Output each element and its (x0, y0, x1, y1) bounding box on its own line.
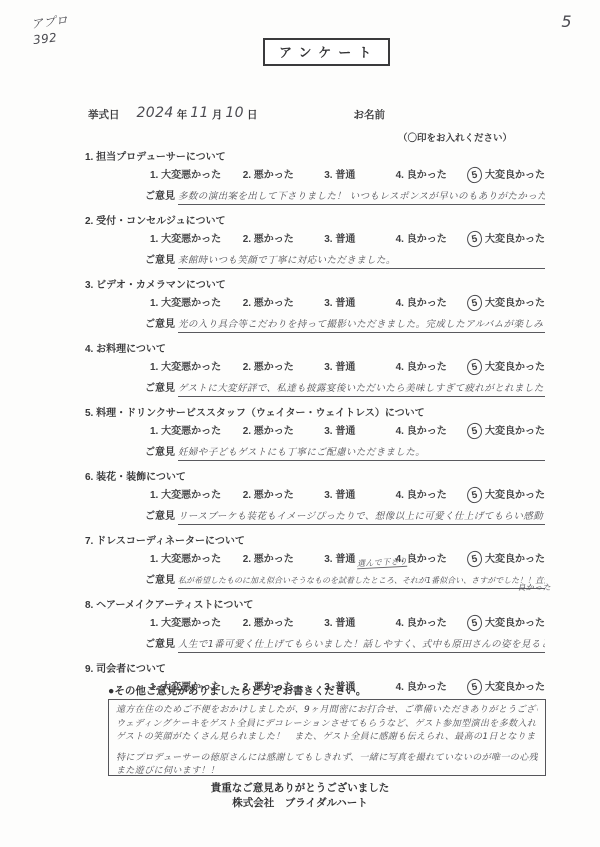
handwritten-insertion-note: 選んで下さり (357, 557, 408, 570)
rating-scale: 1. 大変悪かった 2. 悪かった 3. 普通 4. 良かった 5大変良かった (150, 551, 545, 567)
question-block-5: 5. 料理・ドリンクサービススタッフ（ウェイター・ウェイトレス）について 1. … (85, 407, 545, 461)
opinion-row: ご意見 多数の演出案を出して下さりました！ いつもレスポンスが早いのもありがたか… (145, 187, 545, 205)
rating-option-4: 4. 良かった (396, 169, 467, 183)
opinion-row: ご意見 光の入り具合等こだわりを持って撮影いただきました。完成したアルバムが楽し… (145, 315, 545, 333)
year-suffix: 年 (177, 107, 188, 122)
rating-option-5-label: 大変良かった (485, 426, 545, 437)
circled-rating-value: 5 (466, 486, 484, 505)
question-title: 4. お料理について (85, 343, 545, 356)
rating-option-1: 1. 大変悪かった (150, 297, 243, 311)
handwritten-comment: 多数の演出案を出して下さりました！ いつもレスポンスが早いのもありがたかったです… (178, 190, 545, 205)
rating-option-3: 3. 普通 (324, 169, 395, 183)
rating-scale: 1. 大変悪かった 2. 悪かった 3. 普通 4. 良かった 5大変良かった (150, 487, 545, 503)
opinion-label: ご意見 (145, 315, 175, 330)
handwritten-comment: 人生で1番可愛く仕上げてもらいました！話しやすく、式中も原田さんの姿を見ると安心… (178, 638, 545, 653)
date-name-row: 挙式日 2024 年 11 月 10 日 お名前 (88, 106, 560, 122)
circled-rating-value: 5 (466, 358, 484, 377)
rating-option-1: 1. 大変悪かった (150, 489, 243, 503)
question-list: 1. 担当プロデューサーについて 1. 大変悪かった 2. 悪かった 3. 普通… (85, 151, 545, 727)
question-block-8: 8. ヘアーメイクアーティストについて 1. 大変悪かった 2. 悪かった 3.… (85, 599, 545, 653)
question-title: 2. 受付・コンセルジュについて (85, 215, 545, 228)
question-block-2: 2. 受付・コンセルジュについて 1. 大変悪かった 2. 悪かった 3. 普通… (85, 215, 545, 269)
rating-option-5: 5大変良かった (467, 487, 545, 503)
page-number: 5 (561, 12, 572, 31)
opinion-row: ご意見 ゲストに大変好評で、私達も披露宴後いただいたら美味しすぎて疲れがとれまし… (145, 379, 545, 397)
handwritten-comment: 光の入り具合等こだわりを持って撮影いただきました。完成したアルバムが楽しみです！ (178, 318, 545, 333)
handwritten-comment: 私が希望したものに加え似合いそうなものを試着したところ、それが1番似合い、さすが… (178, 574, 545, 589)
rating-option-3: 3. 普通 (324, 297, 395, 311)
rating-option-5: 5大変良かった (467, 167, 545, 183)
rating-option-2: 2. 悪かった (243, 297, 325, 311)
rating-option-1: 1. 大変悪かった (150, 169, 243, 183)
circled-rating-value: 5 (466, 230, 484, 249)
rating-option-5-label: 大変良かった (485, 362, 545, 373)
rating-scale: 1. 大変悪かった 2. 悪かった 3. 普通 4. 良かった 5大変良かった (150, 295, 545, 311)
rating-option-2: 2. 悪かった (243, 233, 325, 247)
rating-option-1: 1. 大変悪かった (150, 361, 243, 375)
rating-scale: 1. 大変悪かった 2. 悪かった 3. 普通 4. 良かった 5大変良かった (150, 167, 545, 183)
rating-option-5-label: 大変良かった (485, 298, 545, 309)
question-title: 3. ビデオ・カメラマンについて (85, 279, 545, 292)
rating-option-4: 4. 良かった (396, 617, 467, 631)
rating-option-5: 5大変良かった (467, 295, 545, 311)
opinion-label: ご意見 (145, 443, 175, 458)
other-comment-line: 特にプロデューサーの徳原さんには感謝してもしきれず、一緒に写真を撮れていないのが… (116, 752, 538, 766)
rating-option-1: 1. 大変悪かった (150, 617, 243, 631)
handwritten-comment: 妊婦や子どもゲストにも丁寧にご配慮いただきました。 (178, 446, 545, 461)
corner-note-line2: 392 (32, 28, 71, 48)
circled-rating-value: 5 (466, 294, 484, 313)
rating-option-4: 4. 良かった (396, 361, 467, 375)
opinion-row: ご意見 リースブーケも装花もイメージぴったりで、想像以上に可愛く仕上げてもらい感… (145, 507, 545, 525)
opinion-label: ご意見 (145, 571, 175, 586)
rating-option-5: 5大変良かった (467, 615, 545, 631)
rating-scale: 1. 大変悪かった 2. 悪かった 3. 普通 4. 良かった 5大変良かった (150, 423, 545, 439)
footer: 貴重なご意見ありがとうございました 株式会社 ブライダルハート (0, 781, 600, 811)
opinion-row: ご意見 私が希望したものに加え似合いそうなものを試着したところ、それが1番似合い… (145, 571, 545, 589)
question-title: 6. 装花・装飾について (85, 471, 545, 484)
circled-rating-value: 5 (466, 422, 484, 441)
rating-option-5: 5大変良かった (467, 679, 545, 695)
rating-option-2: 2. 悪かった (243, 617, 325, 631)
opinion-row: ご意見 妊婦や子どもゲストにも丁寧にご配慮いただきました。 (145, 443, 545, 461)
ceremony-date-month: 11 (190, 105, 209, 121)
month-suffix: 月 (212, 107, 223, 122)
ceremony-date-day: 10 (225, 105, 244, 121)
name-label: お名前 (353, 107, 385, 122)
rating-option-5-label: 大変良かった (485, 490, 545, 501)
rating-option-5: 5大変良かった (467, 231, 545, 247)
rating-option-2: 2. 悪かった (243, 553, 325, 567)
rating-option-5: 5大変良かった (467, 423, 545, 439)
circle-instruction: （〇印をお入れください） (398, 130, 512, 144)
opinion-label: ご意見 (145, 635, 175, 650)
circled-rating-value: 5 (466, 166, 484, 185)
handwritten-comment: 来館時いつも笑顔で丁寧に対応いただきました。 (178, 254, 545, 269)
rating-option-3: 3. 普通 (324, 233, 395, 247)
handwritten-comment-overflow: 良かった (517, 582, 551, 593)
circled-rating-value: 5 (466, 678, 484, 697)
ceremony-date-label: 挙式日 (88, 107, 120, 122)
rating-scale: 1. 大変悪かった 2. 悪かった 3. 普通 4. 良かった 5大変良かった (150, 359, 545, 375)
rating-option-1: 1. 大変悪かった (150, 425, 243, 439)
other-comment-line: ウェディングケーキをゲスト全員にデコレーションさせてもらうなど、ゲスト参加型演出… (116, 718, 538, 732)
question-block-4: 4. お料理について 1. 大変悪かった 2. 悪かった 3. 普通 4. 良か… (85, 343, 545, 397)
rating-option-5-label: 大変良かった (485, 554, 545, 565)
other-comment-line: ゲストの笑顔がたくさん見られました！ また、ゲスト全員に感謝も伝えられ、最高の1… (116, 731, 538, 745)
question-title: 1. 担当プロデューサーについて (85, 151, 545, 164)
other-comment-line: 遠方在住のためご不便をおかけしましたが、9ヶ月間密にお打合せ、ご準備いただきあり… (116, 704, 538, 718)
rating-option-5-label: 大変良かった (485, 618, 545, 629)
rating-scale: 1. 大変悪かった 2. 悪かった 3. 普通 4. 良かった 5大変良かった (150, 615, 545, 631)
rating-scale: 1. 大変悪かった 2. 悪かった 3. 普通 4. 良かった 5大変良かった (150, 231, 545, 247)
rating-option-4: 4. 良かった (396, 489, 467, 503)
opinion-label: ご意見 (145, 379, 175, 394)
corner-handwritten-note: アプロ 392 (30, 12, 71, 48)
rating-option-4: 4. 良かった (396, 233, 467, 247)
question-title: 5. 料理・ドリンクサービススタッフ（ウェイター・ウェイトレス）について (85, 407, 545, 420)
ceremony-date-year: 2024 (137, 105, 174, 121)
rating-option-3: 3. 普通 (324, 489, 395, 503)
rating-option-5-label: 大変良かった (485, 170, 545, 181)
rating-option-2: 2. 悪かった (243, 425, 325, 439)
other-comments-heading: ●その他ご意見がありましたらどうぞお書きください。 (108, 683, 366, 698)
rating-option-4: 4. 良かった (396, 425, 467, 439)
other-comments-box: 遠方在住のためご不便をおかけしましたが、9ヶ月間密にお打合せ、ご準備いただきあり… (108, 699, 546, 776)
opinion-row: ご意見 人生で1番可愛く仕上げてもらいました！話しやすく、式中も原田さんの姿を見… (145, 635, 545, 653)
question-block-1: 1. 担当プロデューサーについて 1. 大変悪かった 2. 悪かった 3. 普通… (85, 151, 545, 205)
rating-option-1: 1. 大変悪かった (150, 553, 243, 567)
opinion-label: ご意見 (145, 251, 175, 266)
handwritten-comment: リースブーケも装花もイメージぴったりで、想像以上に可愛く仕上げてもらい感動しまし… (178, 510, 545, 525)
day-suffix: 日 (247, 107, 258, 122)
rating-option-5: 5大変良かった (467, 359, 545, 375)
rating-option-2: 2. 悪かった (243, 169, 325, 183)
rating-option-3: 3. 普通 (324, 425, 395, 439)
rating-option-4: 4. 良かった (396, 681, 467, 695)
rating-option-5: 5大変良かった (467, 551, 545, 567)
rating-option-2: 2. 悪かった (243, 489, 325, 503)
circled-rating-value: 5 (466, 614, 484, 633)
rating-option-5-label: 大変良かった (485, 682, 545, 693)
opinion-label: ご意見 (145, 187, 175, 202)
opinion-row: ご意見 来館時いつも笑顔で丁寧に対応いただきました。 (145, 251, 545, 269)
rating-option-3: 3. 普通 (324, 617, 395, 631)
handwritten-comment: ゲストに大変好評で、私達も披露宴後いただいたら美味しすぎて疲れがとれました！ (178, 382, 545, 397)
footer-thanks-line: 貴重なご意見ありがとうございました (0, 781, 600, 796)
form-title: アンケート (263, 38, 390, 66)
rating-option-5-label: 大変良かった (485, 234, 545, 245)
opinion-label: ご意見 (145, 507, 175, 522)
rating-option-2: 2. 悪かった (243, 361, 325, 375)
survey-form-scan: アプロ 392 5 アンケート 挙式日 2024 年 11 月 10 日 お名前… (0, 0, 600, 847)
question-title: 9. 司会者について (85, 663, 545, 676)
rating-option-4: 4. 良かった (396, 297, 467, 311)
question-block-7: 7. ドレスコーディネーターについて 1. 大変悪かった 2. 悪かった 3. … (85, 535, 545, 589)
rating-option-3: 3. 普通 (324, 361, 395, 375)
other-comment-line: また遊びに伺います！！ (116, 765, 538, 779)
footer-company-line: 株式会社 ブライダルハート (0, 796, 600, 811)
rating-option-1: 1. 大変悪かった (150, 233, 243, 247)
circled-rating-value: 5 (466, 550, 484, 569)
question-title: 8. ヘアーメイクアーティストについて (85, 599, 545, 612)
question-block-6: 6. 装花・装飾について 1. 大変悪かった 2. 悪かった 3. 普通 4. … (85, 471, 545, 525)
question-block-3: 3. ビデオ・カメラマンについて 1. 大変悪かった 2. 悪かった 3. 普通… (85, 279, 545, 333)
question-title: 7. ドレスコーディネーターについて (85, 535, 545, 548)
